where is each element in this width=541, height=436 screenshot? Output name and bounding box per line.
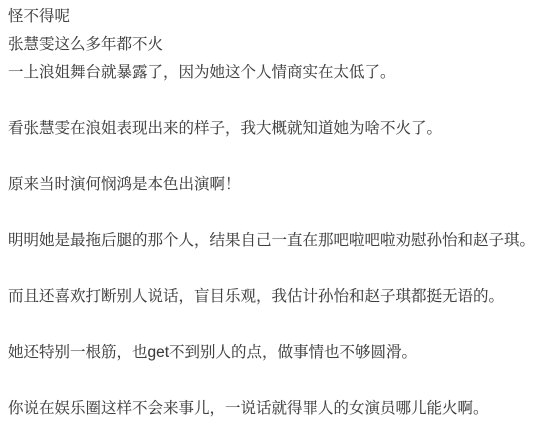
post-line: 看张慧雯在浪姐表现出来的样子，我大概就知道她为啥不火了。 (8, 115, 541, 143)
post-line: 原来当时演何悯鸿是本色出演啊！ (8, 171, 541, 199)
post-line: 你说在娱乐圈这样不会来事儿，一说话就得罪人的女演员哪儿能火啊。 (8, 395, 541, 423)
post-line: 一上浪姐舞台就暴露了，因为她这个人情商实在太低了。 (8, 59, 541, 87)
post-line: 她还特别一根筋，也get不到别人的点，做事情也不够圆滑。 (8, 339, 541, 367)
post-line: 明明她是最拖后腿的那个人，结果自己一直在那吧啦吧啦劝慰孙怡和赵子琪。 (8, 227, 541, 255)
post-line: 张慧雯这么多年都不火 (8, 31, 541, 59)
post-content: 怪不得呢 张慧雯这么多年都不火 一上浪姐舞台就暴露了，因为她这个人情商实在太低了… (0, 0, 541, 436)
post-line: 而且还喜欢打断别人说话，盲目乐观，我估计孙怡和赵子琪都挺无语的。 (8, 283, 541, 311)
post-line: 怪不得呢 (8, 3, 541, 31)
